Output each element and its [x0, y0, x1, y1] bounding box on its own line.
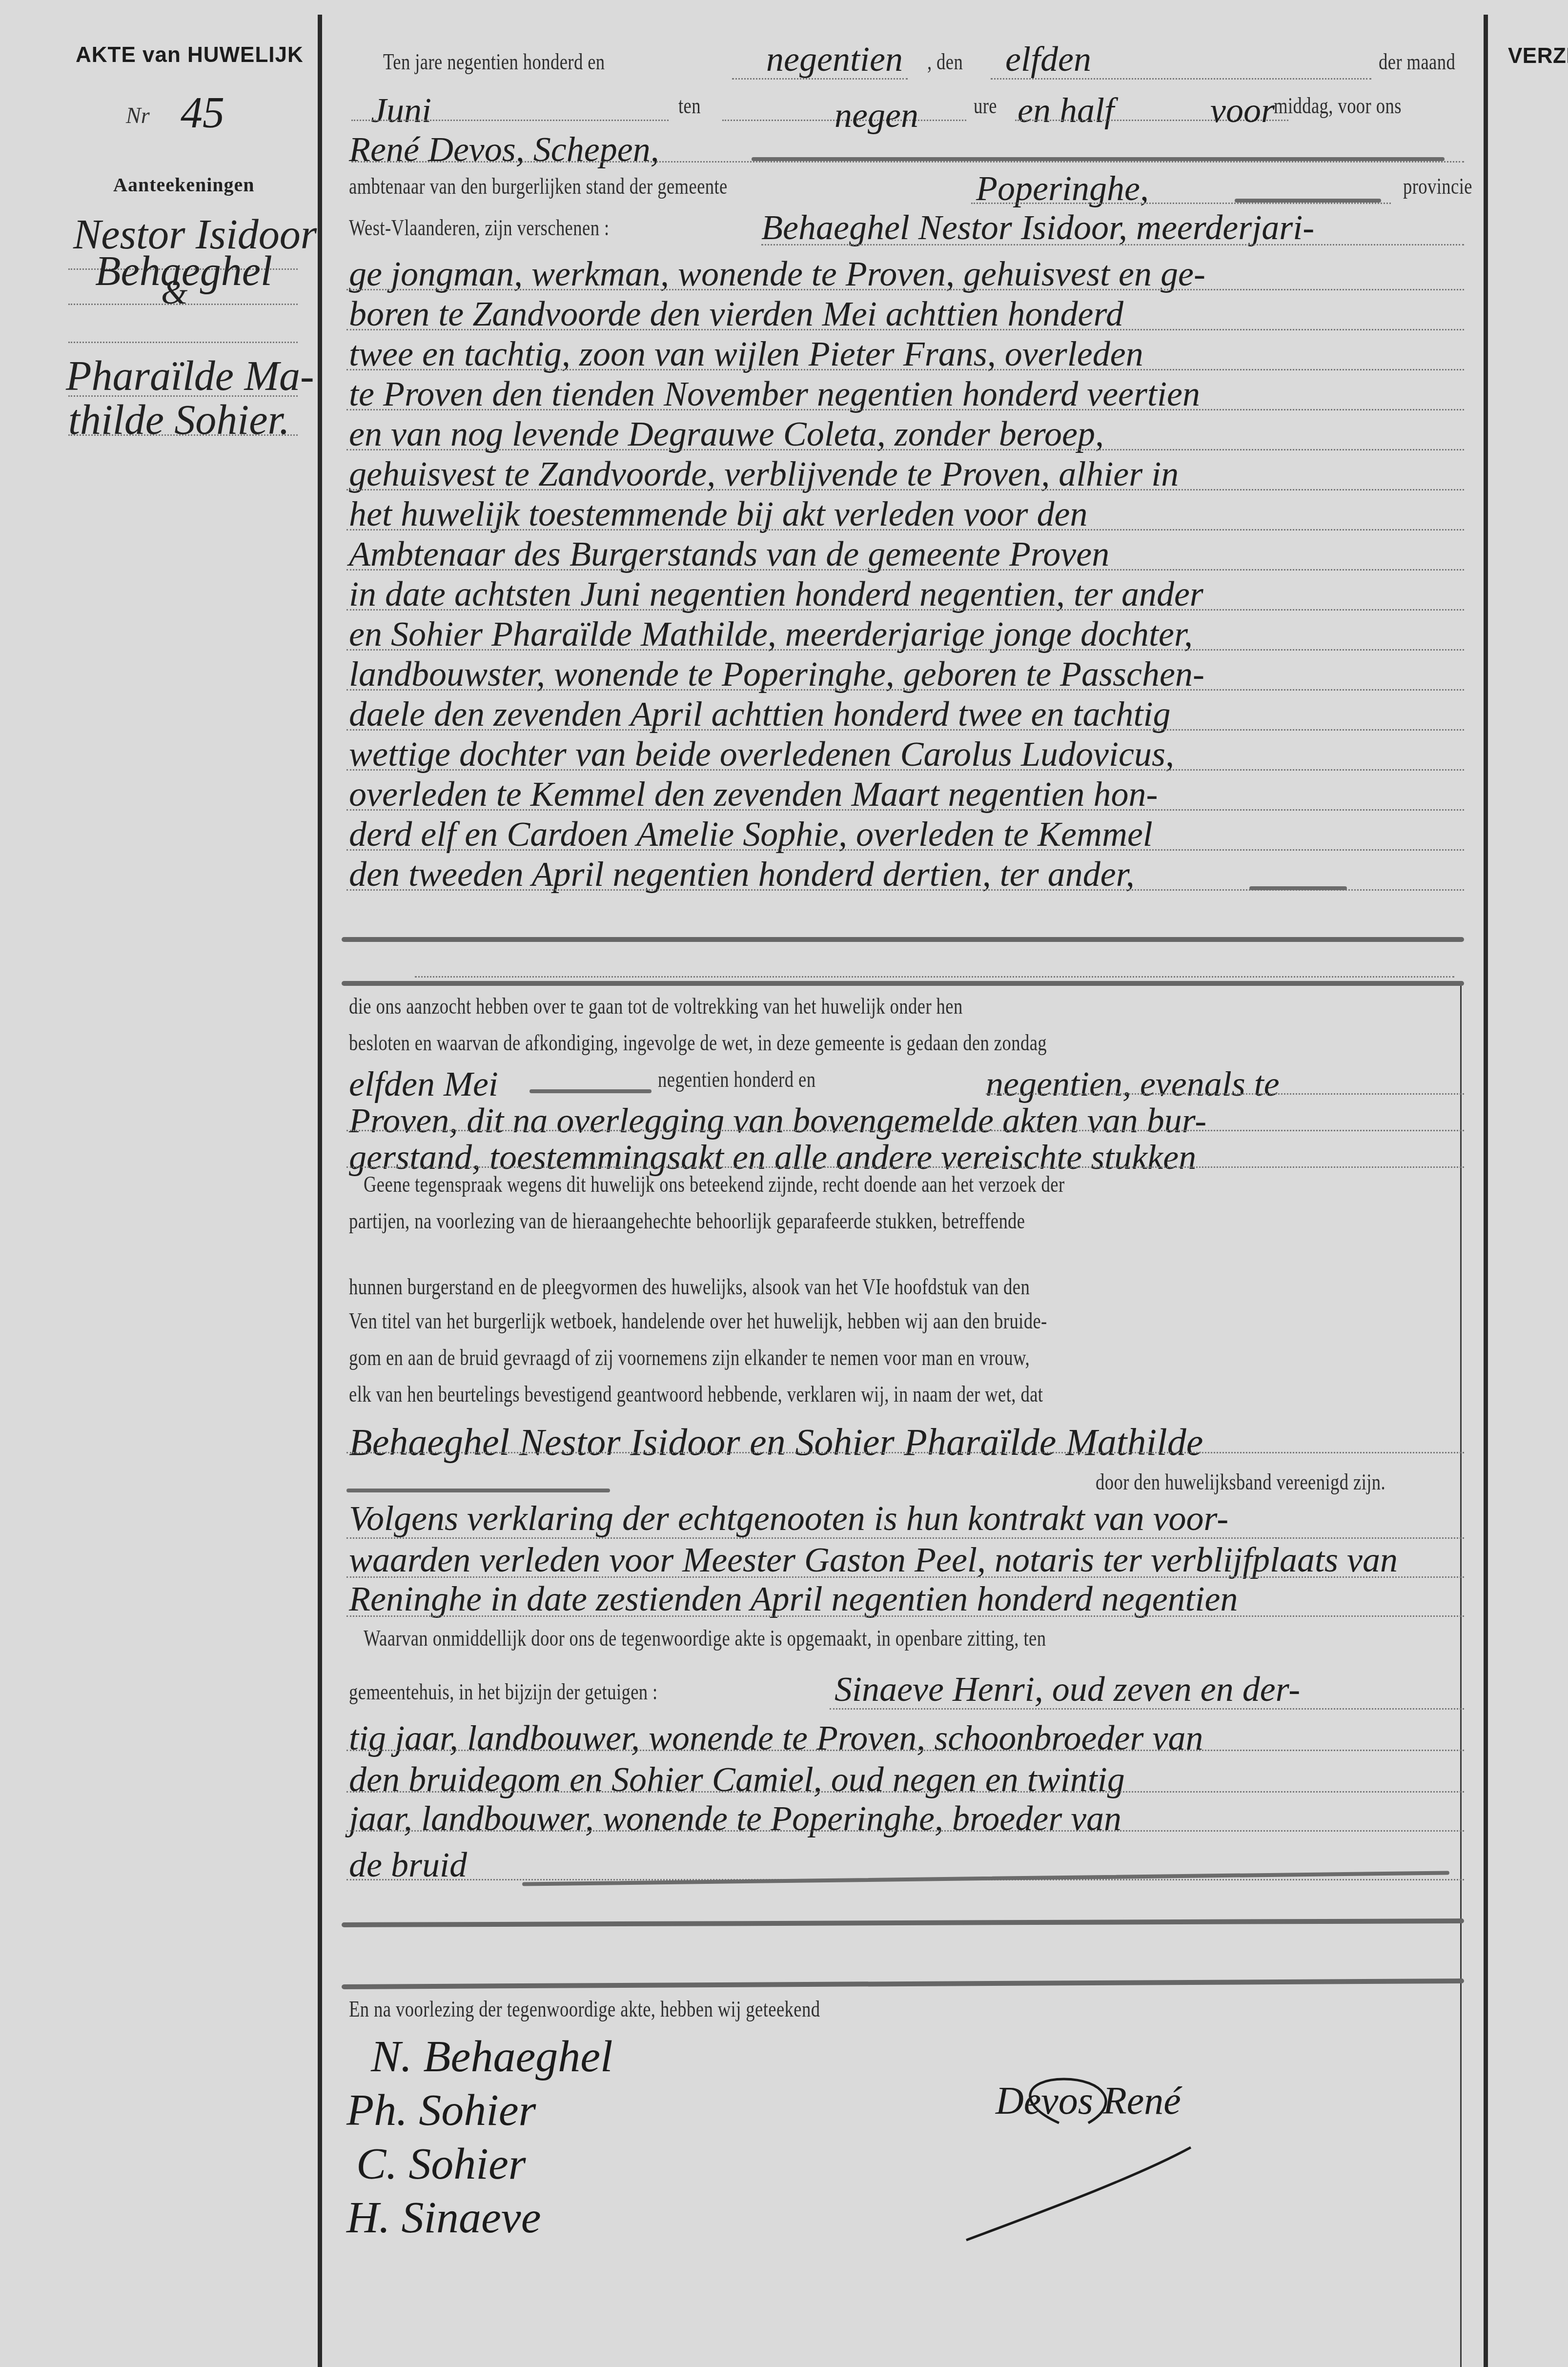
handwritten-line: Ambtenaar des Burgerstands van de gemeen… [349, 534, 1109, 574]
left-border-rule [318, 15, 322, 2367]
handwritten-line: gehuisvest te Zandvoorde, verblijvende t… [349, 454, 1179, 494]
handwritten-witness: den bruidegom en Sohier Camiel, oud nege… [349, 1759, 1125, 1800]
fill-line [971, 203, 1391, 204]
handwritten-contract: waarden verleden voor Meester Gaston Pee… [349, 1540, 1398, 1580]
handwritten-line: ge jongman, werkman, wonende te Proven, … [349, 254, 1205, 294]
section-divider [342, 1918, 1464, 1927]
handwritten-line: Proven, dit na overlegging van bovengeme… [349, 1101, 1206, 1141]
fill-line [991, 78, 1371, 80]
annotation-line: Pharaïlde Ma- [66, 351, 314, 400]
right-border-rule [1484, 15, 1488, 2367]
annotation-rule [68, 342, 298, 343]
handwritten-month: Juni [371, 90, 431, 131]
printed-text: West-Vlaanderen, zijn verschenen : [349, 215, 610, 241]
printed-text: elk van hen beurtelings bevestigend gean… [349, 1381, 1043, 1408]
handwritten-half: en half [1018, 90, 1114, 131]
fill-stroke [1249, 886, 1347, 890]
handwritten-witness: tig jaar, landbouwer, wonende te Proven,… [349, 1718, 1203, 1758]
handwritten-line: te Proven den tienden November negentien… [349, 374, 1200, 414]
fill-line [732, 78, 908, 80]
printed-text: provincie [1403, 173, 1472, 200]
fill-line [346, 529, 1464, 531]
printed-text: partijen, na voorlezing van de hieraange… [349, 1208, 1025, 1234]
fill-line [346, 649, 1464, 651]
fill-stroke [522, 1871, 1449, 1886]
printed-text: besloten en waarvan de afkondiging, inge… [349, 1030, 1047, 1056]
fill-line [346, 809, 1464, 811]
printed-text: gemeentehuis, in het bijzijn der getuige… [349, 1679, 658, 1705]
handwritten-banns-year: negentien, evenals te [986, 1064, 1280, 1104]
fill-line [346, 1130, 1464, 1131]
fill-line [346, 609, 1464, 611]
handwritten-line: en Sohier Pharaïlde Mathilde, meerderjar… [349, 614, 1193, 654]
printed-text: Ven titel van het burgerlijk wetboek, ha… [349, 1308, 1047, 1334]
fill-line [346, 1750, 1464, 1751]
fill-line [351, 161, 1464, 163]
printed-text: Geene tegenspraak wegens dit huwelijk on… [364, 1171, 1065, 1198]
fill-line [346, 489, 1464, 490]
fill-line [351, 120, 669, 121]
fill-line [986, 1093, 1464, 1095]
signature-bride: Ph. Sohier [346, 2084, 536, 2136]
printed-text: ambtenaar van den burgerlijken stand der… [349, 173, 728, 200]
handwritten-line: derd elf en Cardoen Amelie Sophie, overl… [349, 814, 1153, 855]
printed-text: Waarvan onmiddellijk door ons de tegenwo… [364, 1625, 1046, 1652]
fill-line [346, 329, 1464, 330]
fill-line [346, 569, 1464, 571]
handwritten-hour: negen [835, 95, 918, 136]
handwritten-line: het huwelijk toestemmende bij akt verled… [349, 494, 1088, 534]
section-divider [342, 1979, 1464, 1989]
handwritten-line: overleden te Kemmel den zevenden Maart n… [349, 774, 1158, 815]
printed-text: , den [927, 49, 963, 75]
printed-text: En na voorlezing der tegenwoordige akte,… [349, 1996, 820, 2022]
signature-flourish-icon [917, 2050, 1308, 2245]
document-title: AKTE van HUWELIJK [76, 43, 304, 67]
fill-line [346, 1452, 1464, 1453]
handwritten-am: voor [1210, 90, 1275, 131]
handwritten-year: negentien [766, 39, 903, 80]
handwritten-day: elfden [1005, 39, 1091, 80]
fill-line [346, 1166, 1464, 1168]
annotation-line: thilde Sohier. [68, 395, 290, 444]
handwritten-line: wettige dochter van beide overledenen Ca… [349, 734, 1174, 775]
handwritten-line: daele den zevenden April achttien honder… [349, 694, 1171, 735]
signature-groom: N. Behaeghel [371, 2030, 613, 2082]
printed-text: door den huwelijksband vereenigd zijn. [1096, 1469, 1385, 1495]
marriage-certificate-page: AKTE van HUWELIJK Nr 45 Aanteekeningen N… [0, 0, 1568, 2367]
handwritten-banns-date: elfden Mei [349, 1064, 498, 1104]
signature-witness-2: H. Sinaeve [346, 2191, 541, 2243]
handwritten-line: twee en tachtig, zoon van wijlen Pieter … [349, 334, 1143, 374]
handwritten-line: in date achtsten Juni negentien honderd … [349, 574, 1203, 614]
printed-text: negentien honderd en [658, 1066, 815, 1093]
fill-line [830, 1708, 1464, 1710]
fill-stroke [346, 1489, 610, 1492]
fill-line [346, 1830, 1464, 1832]
printed-text: gom en aan de bruid gevraagd of zij voor… [349, 1345, 1030, 1371]
next-page-heading-fragment: VERZE [1508, 44, 1568, 68]
record-number: 45 [181, 88, 224, 138]
handwritten-witness: jaar, landbouwer, wonende te Poperinghe,… [349, 1798, 1121, 1839]
handwritten-line: landbouwster, wonende te Poperinghe, geb… [349, 654, 1204, 694]
handwritten-line: den tweeden April negentien honderd dert… [349, 854, 1135, 895]
record-number-label: Nr [126, 102, 150, 128]
fill-line [346, 1576, 1464, 1578]
fill-stroke [529, 1089, 652, 1093]
handwritten-contract: Volgens verklaring der echtgenooten is h… [349, 1498, 1228, 1539]
fill-stroke [752, 157, 1445, 161]
fill-line [415, 976, 1454, 978]
printed-text: Ten jare negentien honderd en [383, 49, 605, 75]
handwritten-officer: René Devos, Schepen, [349, 129, 659, 170]
fill-line [346, 369, 1464, 370]
annotations-label: Aanteekeningen [113, 173, 255, 196]
fill-line [346, 849, 1464, 851]
handwritten-witness: Sinaeve Henri, oud zeven en der- [835, 1669, 1300, 1710]
handwritten-line: boren te Zandvoorde den vierden Mei acht… [349, 294, 1123, 334]
fill-line [346, 1791, 1464, 1793]
printed-text: ure [974, 93, 997, 119]
signature-witness-1: C. Sohier [356, 2138, 526, 2189]
fill-line [346, 729, 1464, 731]
annotation-rule [68, 434, 298, 436]
handwritten-groom: Behaeghel Nestor Isidoor, meerderjari- [761, 207, 1314, 248]
section-divider [342, 937, 1464, 942]
fill-line [761, 244, 1464, 245]
printed-text: middag, voor ons [1274, 93, 1402, 119]
main-form: Ten jare negentien honderd en negentien … [342, 0, 1464, 2367]
fill-stroke [1235, 199, 1381, 203]
handwritten-line: en van nog levende Degrauwe Coleta, zond… [349, 414, 1104, 454]
handwritten-couple: Behaeghel Nestor Isidoor en Sohier Phara… [349, 1420, 1203, 1464]
margin-column: AKTE van HUWELIJK Nr 45 Aanteekeningen N… [0, 0, 317, 2367]
fill-line [346, 1615, 1464, 1617]
fill-line [346, 409, 1464, 410]
printed-text: ten [678, 93, 701, 119]
section-divider [342, 981, 1464, 986]
fill-line [346, 769, 1464, 771]
handwritten-contract: Reninghe in date zestienden April negent… [349, 1579, 1238, 1619]
fill-line [346, 689, 1464, 691]
fill-line [346, 1537, 1464, 1539]
fill-line [346, 449, 1464, 450]
printed-text: die ons aanzocht hebben over te gaan tot… [349, 993, 963, 1020]
printed-text: der maand [1379, 49, 1455, 75]
fill-line [346, 289, 1464, 290]
annotation-line: & [161, 273, 187, 312]
printed-text: hunnen burgerstand en de pleegvormen des… [349, 1274, 1030, 1300]
